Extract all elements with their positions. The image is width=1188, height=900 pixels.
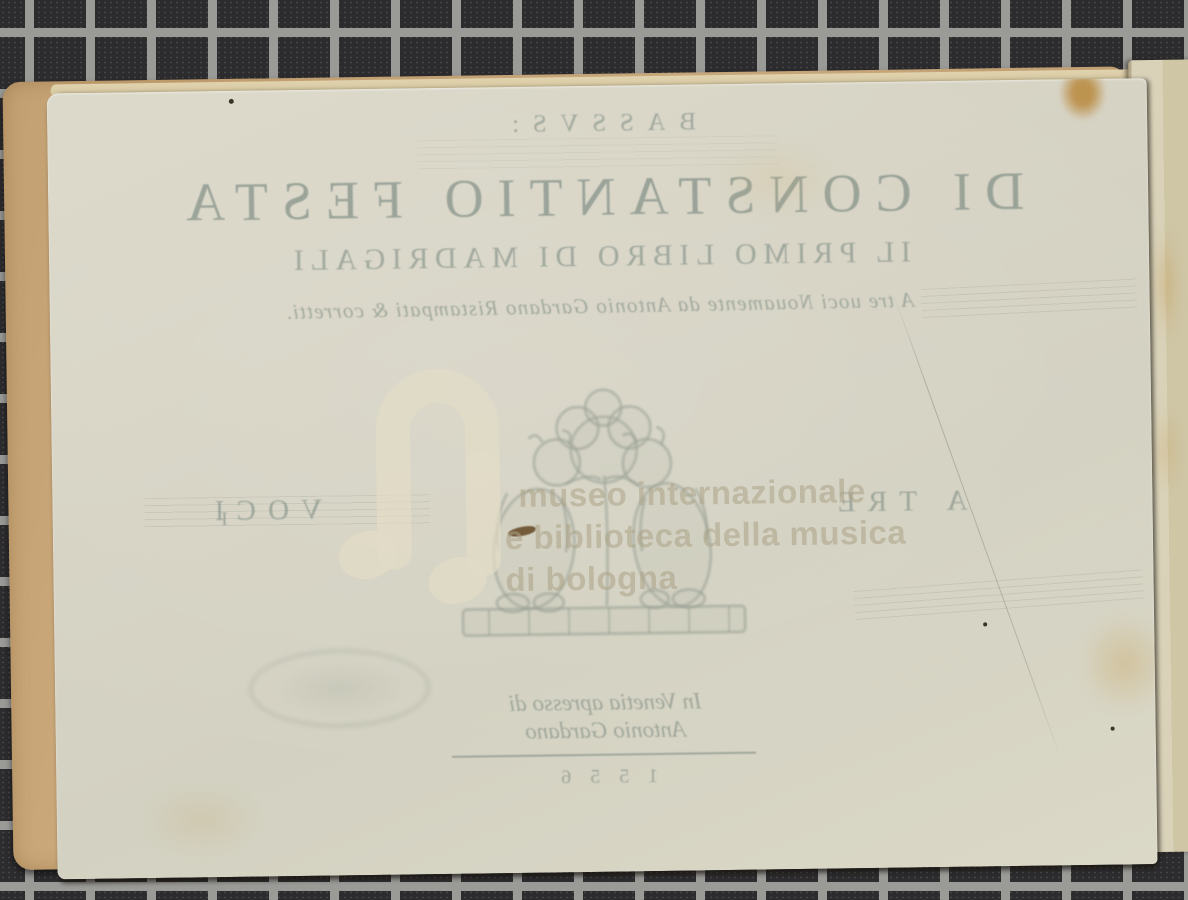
watermark-line-1: museo internazionale — [504, 470, 906, 518]
speck — [1111, 727, 1115, 731]
speck — [983, 622, 987, 626]
watermark-line-2: e biblioteca della musica — [505, 512, 907, 560]
fore-edge-stain — [1149, 390, 1185, 510]
speck — [229, 99, 234, 104]
museum-watermark-text: museo internazionale e biblioteca della … — [504, 470, 907, 602]
watermark-line-3: di bologna — [505, 554, 907, 602]
title-showthrough: DI CONSTANTIO FESTA — [48, 158, 1149, 235]
part-book: BASSVS: DI CONSTANTIO FESTA IL PRIMO LIB… — [0, 60, 1167, 882]
museum-music-note-m-logo-icon — [330, 325, 529, 613]
fore-edge-stain — [1150, 210, 1182, 360]
subtitle-showthrough: IL PRIMO LIBRO DI MADRIGALI — [49, 232, 1149, 281]
book-page: BASSVS: DI CONSTANTIO FESTA IL PRIMO LIB… — [47, 78, 1158, 879]
imprint-rule — [452, 752, 756, 758]
